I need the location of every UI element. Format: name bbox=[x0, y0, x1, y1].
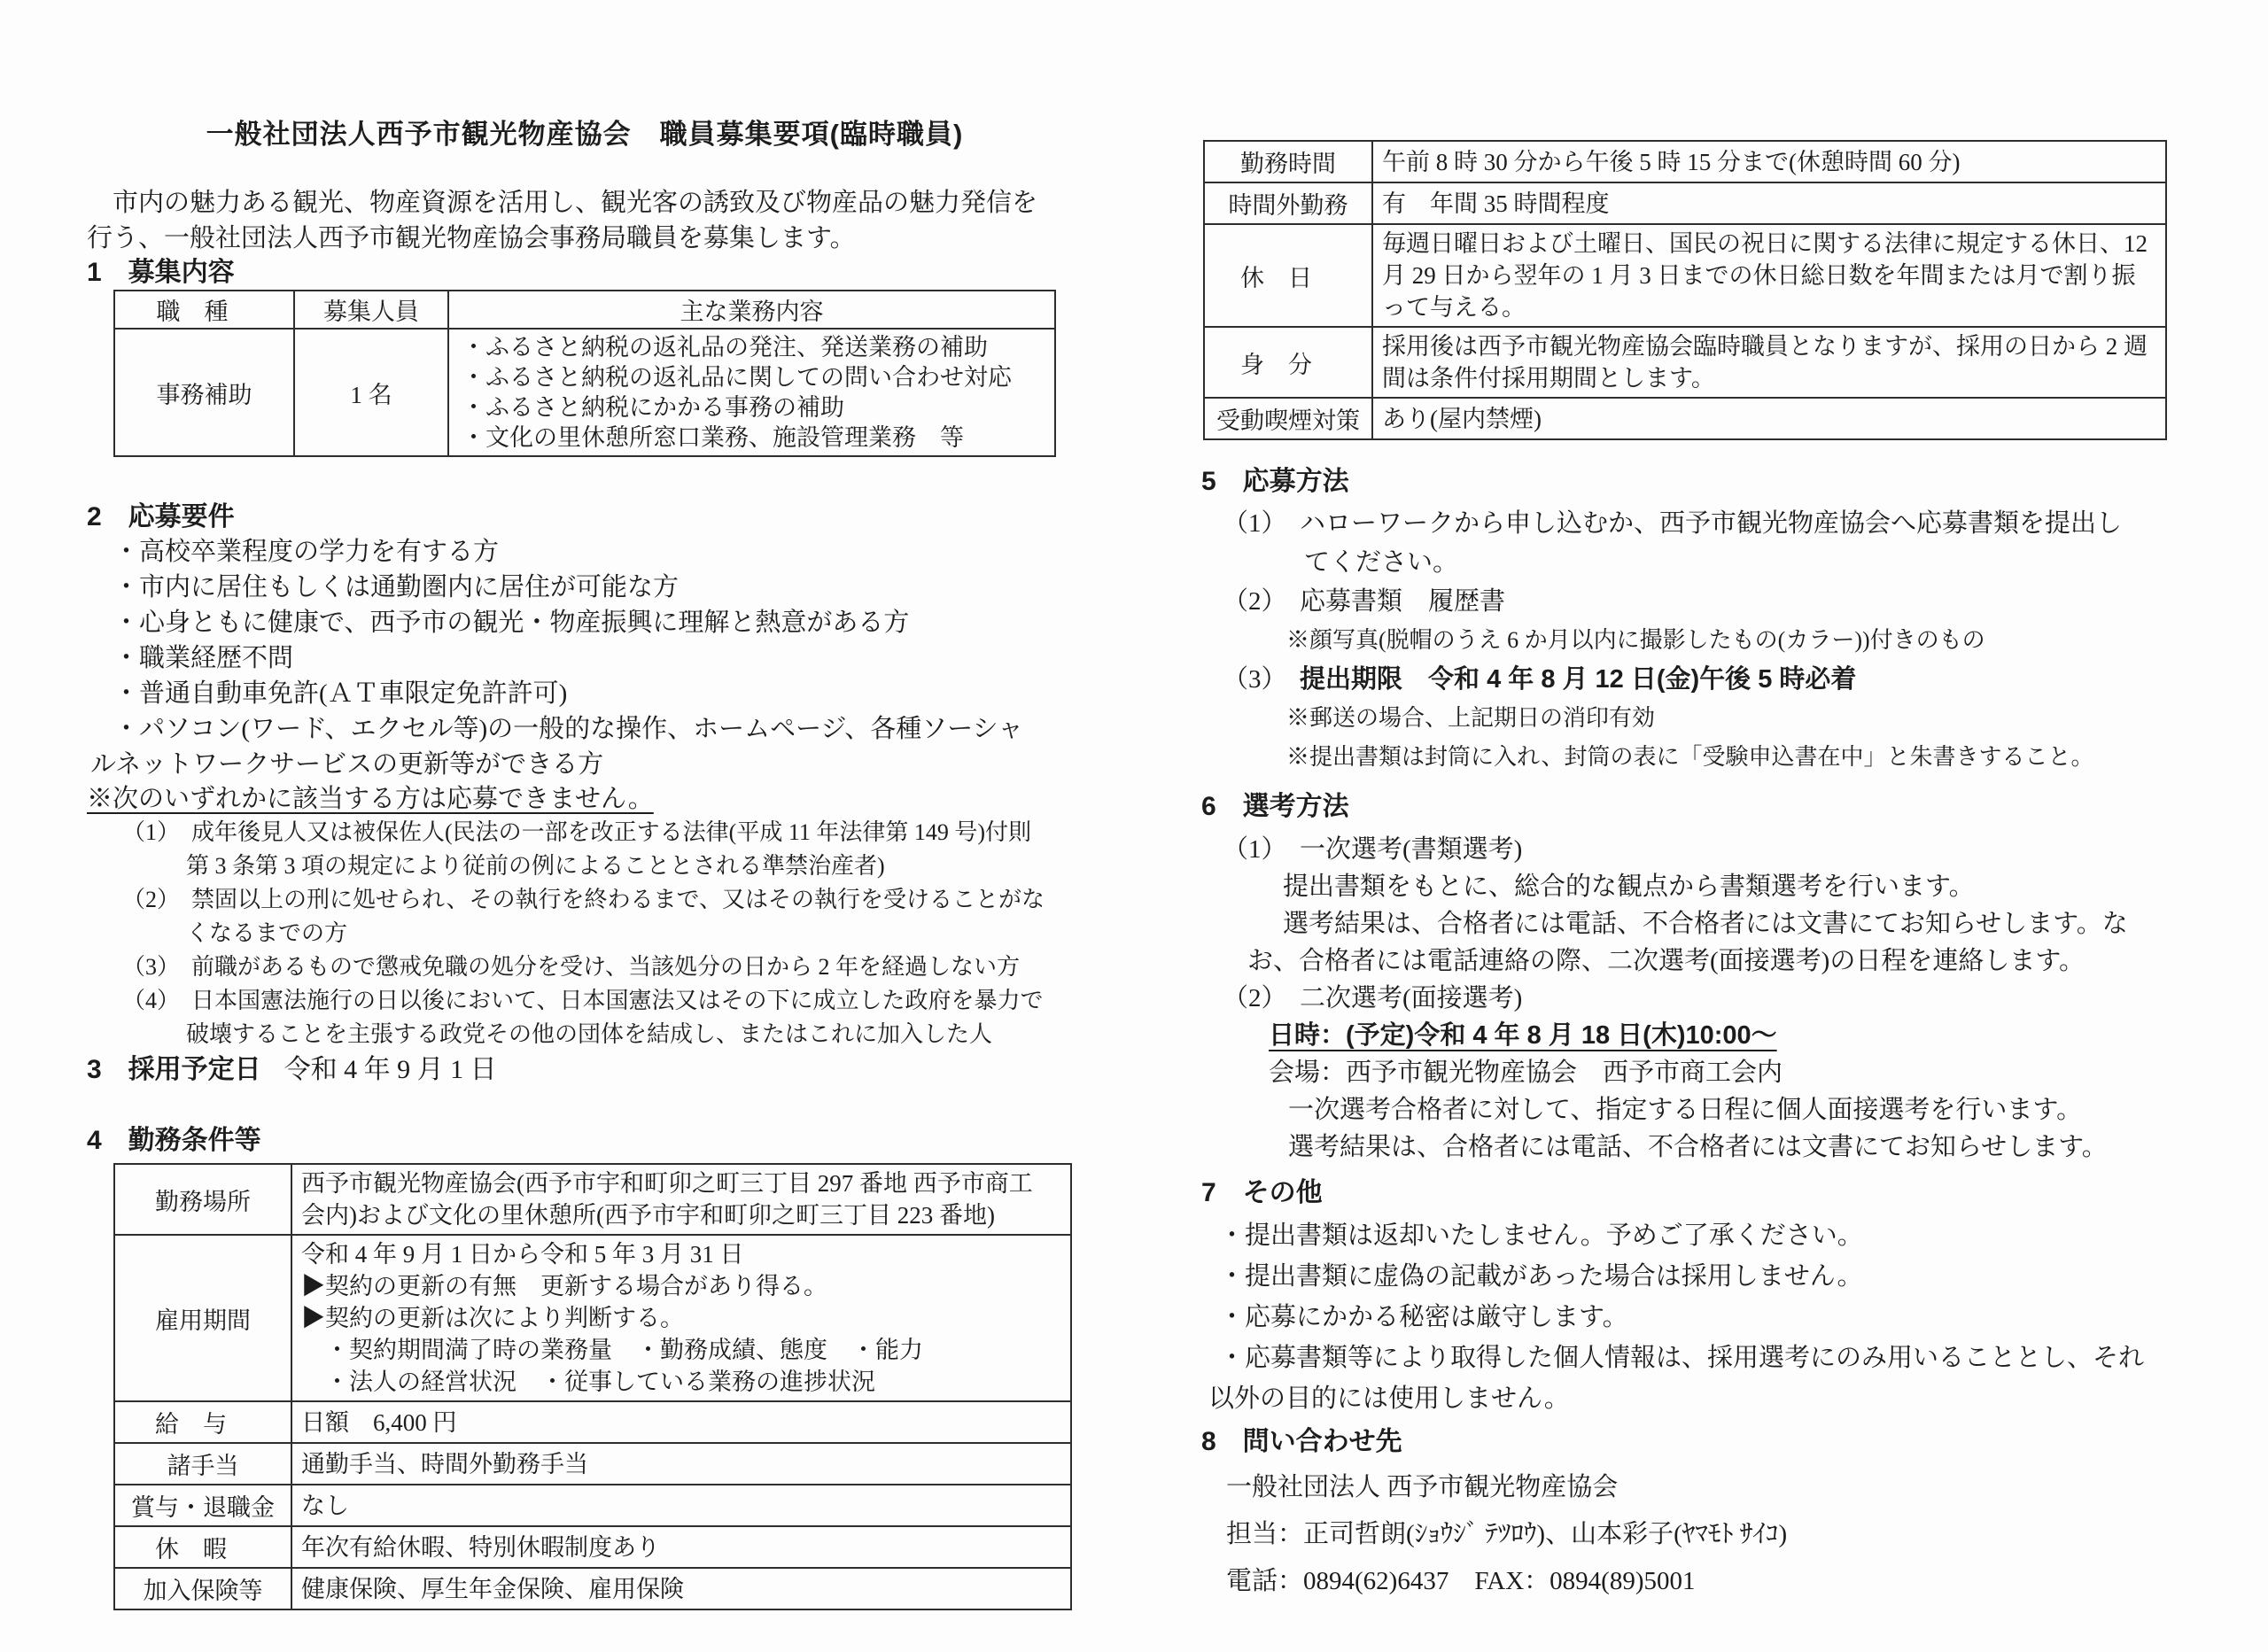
value-line: 有 年間 35 時間程度 bbox=[1382, 188, 2158, 220]
row-label: 給与 bbox=[114, 1401, 291, 1443]
row-value: 年次有給休暇、特別休暇制度あり bbox=[291, 1526, 1071, 1568]
col-header-duties: 主な業務内容 bbox=[448, 291, 1055, 329]
disqualification-item: （3） 前職があるもので懲戒免職の処分を受け、当該処分の日から 2 年を経過しな… bbox=[87, 950, 1083, 984]
selection-text: 提出書類をもとに、総合的な観点から書類選考を行います。 bbox=[1201, 868, 2204, 905]
section8-heading: 8 問い合わせ先 bbox=[1201, 1425, 2204, 1459]
table-row: 雇用期間 令和 4 年 9 月 1 日から令和 5 年 3 月 31 日 ▶契約… bbox=[114, 1235, 1071, 1401]
value-line: 日額 6,400 円 bbox=[301, 1407, 1063, 1439]
selection-text: 選考結果は、合格者には電話、不合格者には文書にてお知らせします。な bbox=[1201, 905, 2204, 942]
row-label: 加入保険等 bbox=[114, 1568, 291, 1609]
application-item: （1） ハローワークから申し込むか、西予市観光物産協会へ応募書類を提出し bbox=[1201, 504, 2204, 543]
section4-heading: 4 勤務条件等 bbox=[87, 1124, 1083, 1158]
row-label: 諸手当 bbox=[114, 1443, 291, 1485]
row-value: 通勤手当、時間外勤務手当 bbox=[291, 1443, 1071, 1485]
table-row: 受動喫煙対策 あり(屋内禁煙) bbox=[1204, 398, 2166, 439]
disqualification-note: ※次のいずれかに該当する方は応募できません。 bbox=[87, 782, 1083, 816]
right-column: 勤務時間 午前 8 時 30 分から午後 5 時 15 分まで(休憩時間 60 … bbox=[1201, 0, 2204, 1605]
requirement-item: ・心身ともに健康で、西予市の観光・物産振興に理解と熱意がある方 bbox=[87, 605, 1083, 640]
application-note: ※郵送の場合、上記期日の消印有効 bbox=[1201, 699, 2204, 738]
contact-person: 担当：正司哲朗(ｼｮｳｼﾞ ﾃﾂﾛｳ)、山本彩子(ﾔﾏﾓﾄ ｻｲｺ) bbox=[1201, 1511, 2204, 1558]
duty-line: ・ふるさと納税の返礼品に関しての問い合わせ対応 bbox=[449, 362, 1054, 392]
disqualification-list: （1） 成年後見人又は被保佐人(民法の一部を改正する法律(平成 11 年法律第 … bbox=[87, 816, 1083, 1051]
value-line: 健康保険、厚生年金保険、雇用保険 bbox=[301, 1573, 1063, 1605]
row-label: 休日 bbox=[1204, 224, 1372, 327]
deadline-text: 提出期限 令和 4 年 8 月 12 日(金)午後 5 時必着 bbox=[1300, 665, 1856, 694]
application-item-continuation: てください。 bbox=[1201, 543, 2204, 582]
item-number: （3） bbox=[1223, 665, 1300, 694]
section6-heading: 6 選考方法 bbox=[1201, 790, 2204, 824]
row-label: 雇用期間 bbox=[114, 1235, 291, 1401]
duties-cell: ・ふるさと納税の返礼品の発注、発送業務の補助 ・ふるさと納税の返礼品に関しての問… bbox=[448, 329, 1055, 456]
section2-heading: 2 応募要件 bbox=[87, 500, 1083, 534]
disqualification-item: （1） 成年後見人又は被保佐人(民法の一部を改正する法律(平成 11 年法律第 … bbox=[87, 816, 1083, 849]
col-header-job: 職種 bbox=[114, 291, 294, 329]
row-label: 勤務場所 bbox=[114, 1164, 291, 1235]
hire-date-value: 令和 4 年 9 月 1 日 bbox=[284, 1055, 497, 1084]
work-conditions-table-left: 勤務場所 西予市観光物産協会(西予市宇和町卯之町三丁目 297 番地 西予市商工… bbox=[113, 1163, 1072, 1610]
section5-heading: 5 応募方法 bbox=[1201, 465, 2204, 499]
row-label: 休暇 bbox=[114, 1526, 291, 1568]
duty-line: ・ふるさと納税の返礼品の発注、発送業務の補助 bbox=[449, 332, 1054, 362]
row-label: 勤務時間 bbox=[1204, 141, 1372, 182]
duty-line: ・文化の里休憩所窓口業務、施設管理業務 等 bbox=[449, 423, 1054, 453]
table-row: 給与 日額 6,400 円 bbox=[114, 1401, 1071, 1443]
intro-paragraph: 市内の魅力ある観光、物産資源を活用し、観光客の誘致及び物産品の魅力発信を 行う、… bbox=[87, 185, 1083, 256]
value-line: ▶契約の更新の有無 更新する場合があり得る。 bbox=[301, 1270, 1063, 1302]
interview-venue: 会場：西予市観光物産協会 西予市商工会内 bbox=[1201, 1054, 2204, 1091]
other-note-item: ・応募にかかる秘密は厳守します。 bbox=[1201, 1297, 2204, 1338]
disqualification-item: （4） 日本国憲法施行の日以後において、日本国憲法又はその下に成立した政府を暴力… bbox=[87, 984, 1083, 1018]
requirements-list: ・高校卒業程度の学力を有する方 ・市内に居住もしくは通勤圏内に居住が可能な方 ・… bbox=[87, 534, 1083, 782]
selection-method: （1） 一次選考(書類選考) 提出書類をもとに、総合的な観点から書類選考を行いま… bbox=[1201, 824, 2204, 1166]
requirement-item: ・パソコン(ワード、エクセル等)の一般的な操作、ホームページ、各種ソーシャ bbox=[87, 711, 1083, 747]
row-value: 毎週日曜日および土曜日、国民の祝日に関する法律に規定する休日、12 月 29 日… bbox=[1372, 224, 2166, 327]
row-value: なし bbox=[291, 1485, 1071, 1526]
table-row: 諸手当 通勤手当、時間外勤務手当 bbox=[114, 1443, 1071, 1485]
requirement-item-continuation: ルネットワークサービスの更新等ができる方 bbox=[87, 747, 1083, 782]
col-header-count: 募集人員 bbox=[294, 291, 448, 329]
requirement-item: ・市内に居住もしくは通勤圏内に居住が可能な方 bbox=[87, 570, 1083, 605]
requirement-item: ・職業経歴不問 bbox=[87, 640, 1083, 676]
intro-line: 市内の魅力ある観光、物産資源を活用し、観光客の誘致及び物産品の魅力発信を bbox=[87, 185, 1083, 221]
value-line: 西予市観光物産協会(西予市宇和町卯之町三丁目 297 番地 西予市商工 bbox=[301, 1167, 1063, 1199]
document-page: 一般社団法人西予市観光物産協会 職員募集要項(臨時職員) 市内の魅力ある観光、物… bbox=[0, 0, 2268, 1652]
other-notes: ・提出書類は返却いたしません。予めご了承ください。 ・提出書類に虚偽の記載があっ… bbox=[1201, 1210, 2204, 1419]
table-row: 勤務場所 西予市観光物産協会(西予市宇和町卯之町三丁目 297 番地 西予市商工… bbox=[114, 1164, 1071, 1235]
table-row: 加入保険等 健康保険、厚生年金保険、雇用保険 bbox=[114, 1568, 1071, 1609]
other-note-item: ・提出書類に虚偽の記載があった場合は採用しません。 bbox=[1201, 1256, 2204, 1297]
value-line: 午前 8 時 30 分から午後 5 時 15 分まで(休憩時間 60 分) bbox=[1382, 146, 2158, 178]
table-header-row: 職種 募集人員 主な業務内容 bbox=[114, 291, 1055, 329]
value-line: ・法人の経営状況 ・従事している業務の進捗状況 bbox=[301, 1366, 1063, 1398]
value-line: 採用後は西予市観光物産協会臨時職員となりますが、採用の日から 2 週 bbox=[1382, 330, 2158, 362]
value-line: ▶契約の更新は次により判断する。 bbox=[301, 1302, 1063, 1334]
table-row: 時間外勤務 有 年間 35 時間程度 bbox=[1204, 182, 2166, 224]
selection-text: 一次選考合格者に対して、指定する日程に個人面接選考を行います。 bbox=[1201, 1091, 2204, 1128]
other-note-item-continuation: 以外の目的には使用しません。 bbox=[1201, 1378, 2204, 1419]
application-method: （1） ハローワークから申し込むか、西予市観光物産協会へ応募書類を提出し てくだ… bbox=[1201, 499, 2204, 777]
table-row: 身分 採用後は西予市観光物産協会臨時職員となりますが、採用の日から 2 週 間は… bbox=[1204, 327, 2166, 398]
application-note: ※顔写真(脱帽のうえ 6 か月以内に撮影したもの(カラー))付きのもの bbox=[1201, 621, 2204, 660]
value-line: ・契約期間満了時の業務量 ・勤務成績、態度 ・能力 bbox=[301, 1334, 1063, 1366]
value-line: 間は条件付採用期間とします。 bbox=[1382, 362, 2158, 394]
interview-datetime: 日時：(予定)令和 4 年 8 月 18 日(木)10:00～ bbox=[1201, 1017, 2204, 1054]
other-note-item: ・応募書類等により取得した個人情報は、採用選考にのみ用いることとし、それ bbox=[1201, 1338, 2204, 1378]
selection-item: （1） 一次選考(書類選考) bbox=[1201, 831, 2204, 868]
selection-text: 選考結果は、合格者には電話、不合格者には文書にてお知らせします。 bbox=[1201, 1128, 2204, 1166]
recruitment-table: 職種 募集人員 主な業務内容 事務補助 1 名 ・ふるさと納税の返礼品の発注、発… bbox=[113, 290, 1056, 457]
disqualification-item: （2） 禁固以上の刑に処せられ、その執行を終わるまで、又はその執行を受けることが… bbox=[87, 883, 1083, 917]
disqualification-item-continuation: 破壊することを主張する政党その他の団体を結成し、またはこれに加入した人 bbox=[87, 1018, 1083, 1051]
headcount-cell: 1 名 bbox=[294, 329, 448, 456]
row-value: あり(屋内禁煙) bbox=[1372, 398, 2166, 439]
row-value: 健康保険、厚生年金保険、雇用保険 bbox=[291, 1568, 1071, 1609]
table-row: 賞与・退職金 なし bbox=[114, 1485, 1071, 1526]
selection-item: （2） 二次選考(面接選考) bbox=[1201, 980, 2204, 1017]
other-note-item: ・提出書類は返却いたしません。予めご了承ください。 bbox=[1201, 1215, 2204, 1256]
table-row: 休暇 年次有給休暇、特別休暇制度あり bbox=[114, 1526, 1071, 1568]
value-line: あり(屋内禁煙) bbox=[1382, 403, 2158, 435]
section3-label: 3 採用予定日 bbox=[87, 1055, 261, 1084]
row-value: 採用後は西予市観光物産協会臨時職員となりますが、採用の日から 2 週 間は条件付… bbox=[1372, 327, 2166, 398]
disqualification-item-continuation: 第 3 条第 3 項の規定により従前の例によることとされる準禁治産者) bbox=[87, 849, 1083, 883]
intro-line: 行う、一般社団法人西予市観光物産協会事務局職員を募集します。 bbox=[87, 221, 1083, 256]
row-value: 日額 6,400 円 bbox=[291, 1401, 1071, 1443]
application-item: （3） 提出期限 令和 4 年 8 月 12 日(金)午後 5 時必着 bbox=[1201, 660, 2204, 699]
value-line: 毎週日曜日および土曜日、国民の祝日に関する法律に規定する休日、12 bbox=[1382, 228, 2158, 260]
document-title: 一般社団法人西予市観光物産協会 職員募集要項(臨時職員) bbox=[87, 112, 1083, 151]
left-column: 一般社団法人西予市観光物産協会 職員募集要項(臨時職員) 市内の魅力ある観光、物… bbox=[87, 0, 1083, 1610]
row-value: 午前 8 時 30 分から午後 5 時 15 分まで(休憩時間 60 分) bbox=[1372, 141, 2166, 182]
table-row: 休日 毎週日曜日および土曜日、国民の祝日に関する法律に規定する休日、12 月 2… bbox=[1204, 224, 2166, 327]
value-line: 月 29 日から翌年の 1 月 3 日までの休日総日数を年間または月で割り振 bbox=[1382, 260, 2158, 291]
value-line: って与える。 bbox=[1382, 291, 2158, 323]
table-row: 勤務時間 午前 8 時 30 分から午後 5 時 15 分まで(休憩時間 60 … bbox=[1204, 141, 2166, 182]
value-line: なし bbox=[301, 1490, 1063, 1522]
row-label: 賞与・退職金 bbox=[114, 1485, 291, 1526]
disqualification-item-continuation: くなるまでの方 bbox=[87, 917, 1083, 950]
row-label: 受動喫煙対策 bbox=[1204, 398, 1372, 439]
duty-line: ・ふるさと納税にかかる事務の補助 bbox=[449, 392, 1054, 423]
table-row: 事務補助 1 名 ・ふるさと納税の返礼品の発注、発送業務の補助 ・ふるさと納税の… bbox=[114, 329, 1055, 456]
value-line: 通勤手当、時間外勤務手当 bbox=[301, 1448, 1063, 1480]
value-line: 年次有給休暇、特別休暇制度あり bbox=[301, 1532, 1063, 1563]
value-line: 会内)および文化の里休憩所(西予市宇和町卯之町三丁目 223 番地) bbox=[301, 1199, 1063, 1231]
contact-organization: 一般社団法人 西予市観光物産協会 bbox=[1201, 1464, 2204, 1511]
row-value: 西予市観光物産協会(西予市宇和町卯之町三丁目 297 番地 西予市商工 会内)お… bbox=[291, 1164, 1071, 1235]
row-value: 有 年間 35 時間程度 bbox=[1372, 182, 2166, 224]
row-label: 時間外勤務 bbox=[1204, 182, 1372, 224]
section3-heading: 3 採用予定日令和 4 年 9 月 1 日 bbox=[87, 1053, 1083, 1087]
row-label: 身分 bbox=[1204, 327, 1372, 398]
application-note: ※提出書類は封筒に入れ、封筒の表に「受験申込書在中」と朱書きすること。 bbox=[1201, 738, 2204, 777]
work-conditions-table-right: 勤務時間 午前 8 時 30 分から午後 5 時 15 分まで(休憩時間 60 … bbox=[1203, 140, 2167, 440]
contact-phone-fax: 電話：0894(62)6437 FAX：0894(89)5001 bbox=[1201, 1558, 2204, 1605]
selection-text-continuation: お、合格者には電話連絡の際、二次選考(面接選考)の日程を連絡します。 bbox=[1201, 942, 2204, 980]
section7-heading: 7 その他 bbox=[1201, 1176, 2204, 1210]
row-value: 令和 4 年 9 月 1 日から令和 5 年 3 月 31 日 ▶契約の更新の有… bbox=[291, 1235, 1071, 1401]
section1-heading: 1 募集内容 bbox=[87, 256, 1083, 290]
job-type-cell: 事務補助 bbox=[114, 329, 294, 456]
value-line: 令和 4 年 9 月 1 日から令和 5 年 3 月 31 日 bbox=[301, 1238, 1063, 1270]
requirement-item: ・普通自動車免許(ＡＴ車限定免許許可) bbox=[87, 676, 1083, 711]
requirement-item: ・高校卒業程度の学力を有する方 bbox=[87, 534, 1083, 570]
contact-info: 一般社団法人 西予市観光物産協会 担当：正司哲朗(ｼｮｳｼﾞ ﾃﾂﾛｳ)、山本彩… bbox=[1201, 1459, 2204, 1605]
interview-datetime-text: 日時：(予定)令和 4 年 8 月 18 日(木)10:00～ bbox=[1269, 1021, 1777, 1050]
application-item: （2） 応募書類 履歴書 bbox=[1201, 582, 2204, 621]
